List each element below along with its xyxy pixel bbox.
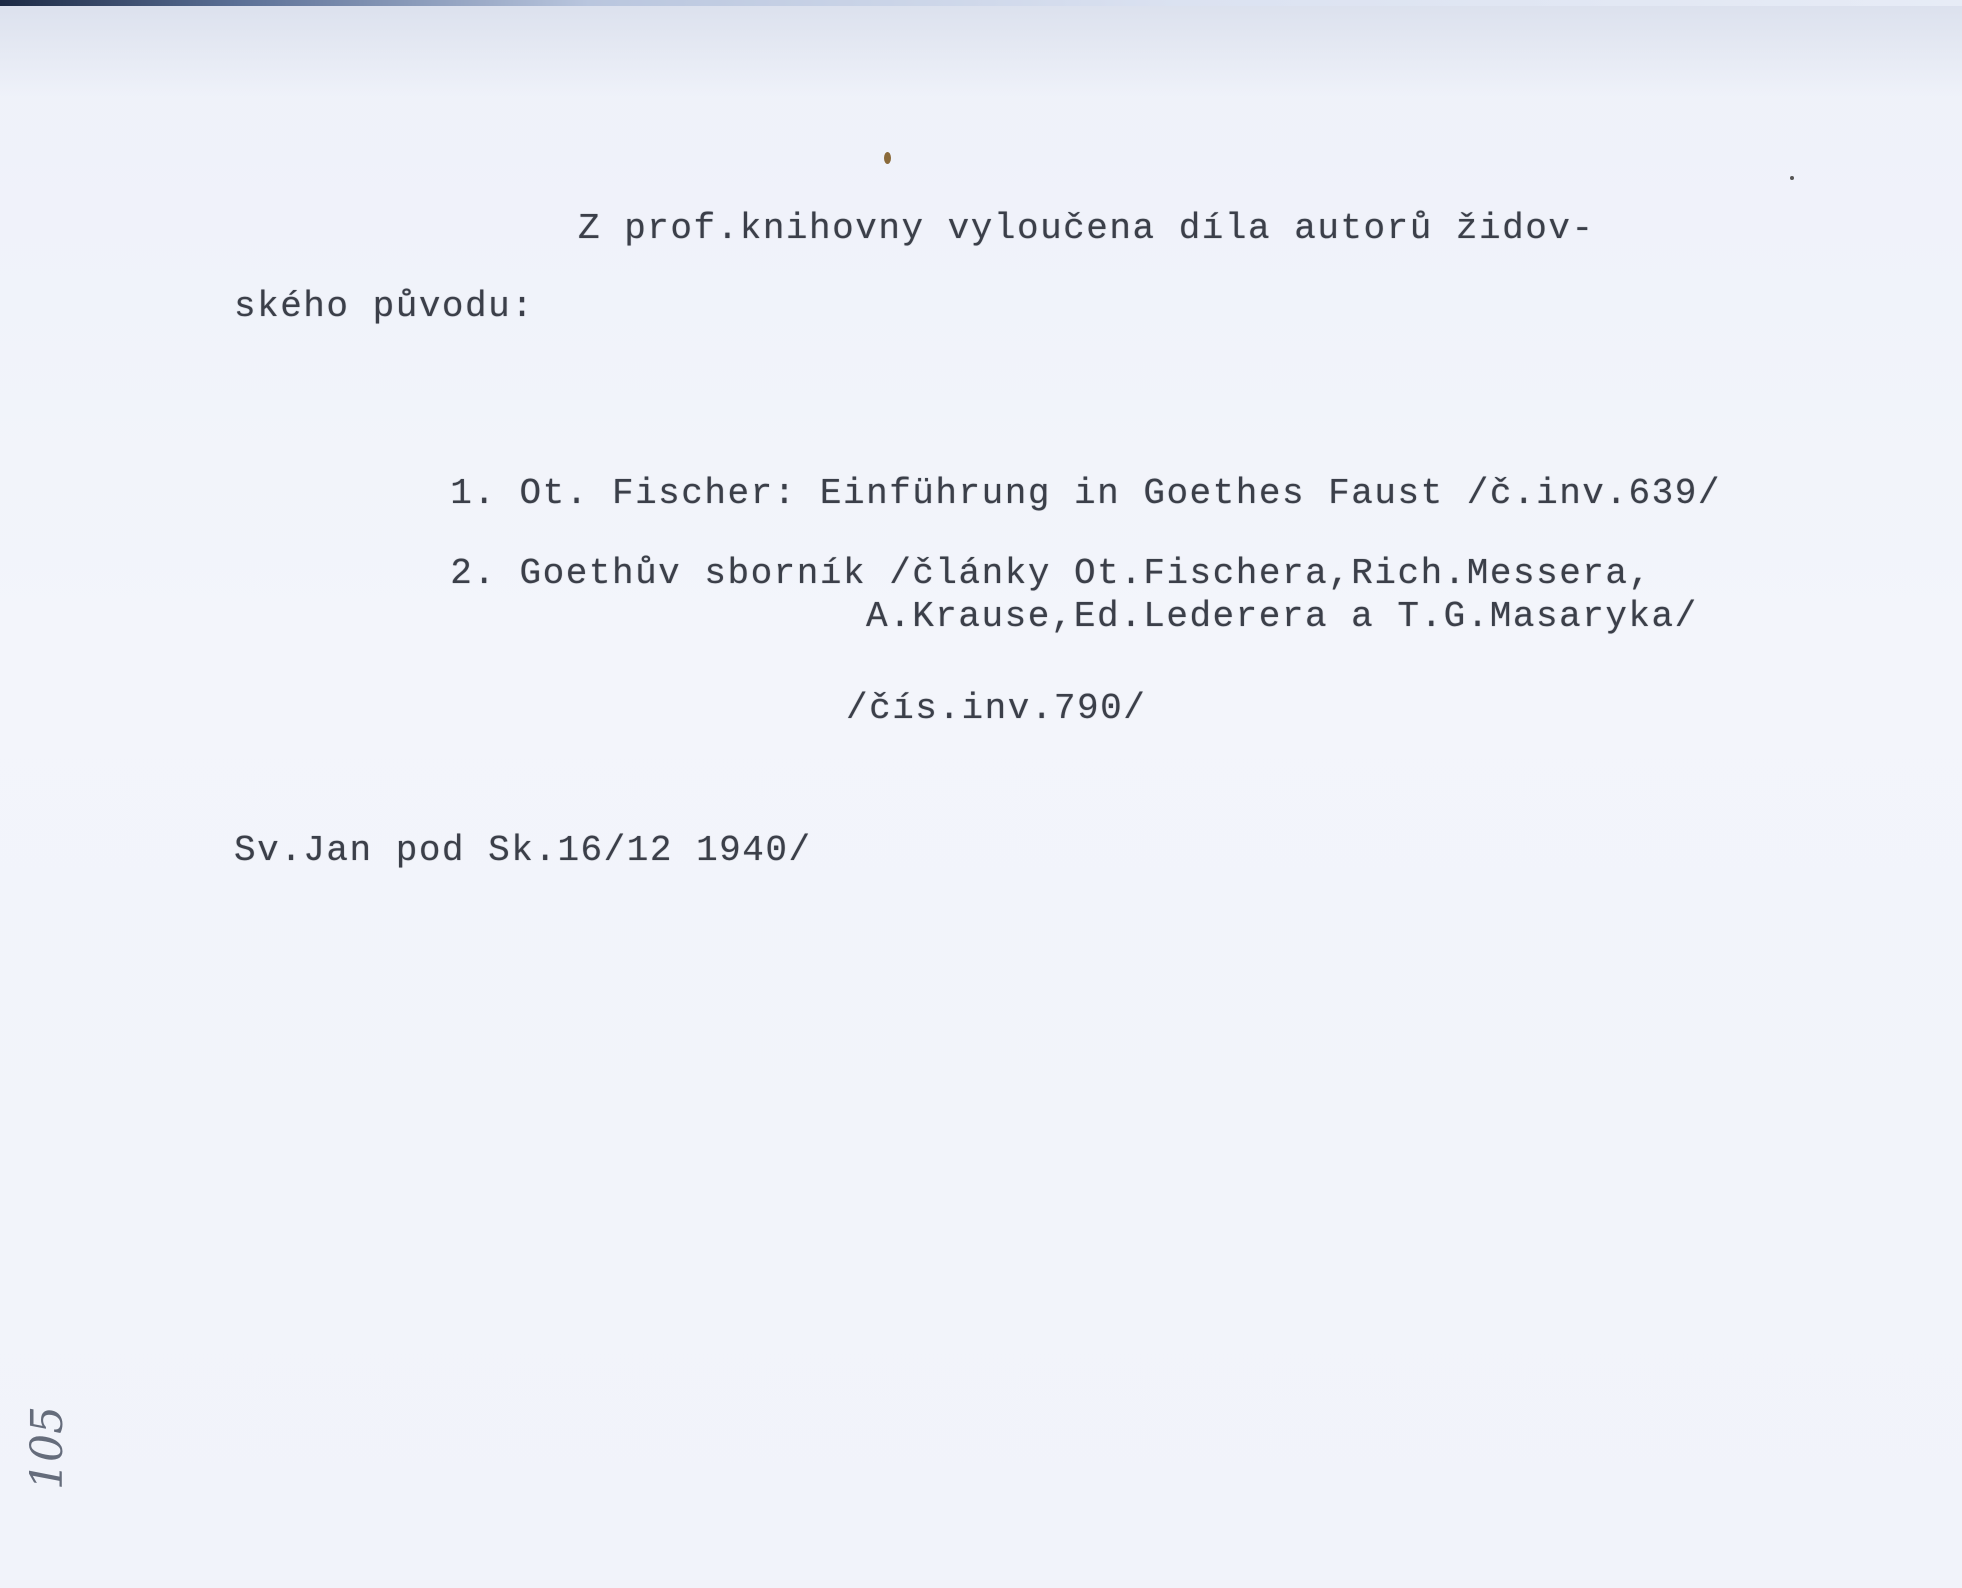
list-item-2: 2. Goethův sborník /články Ot.Fischera,R…: [404, 512, 1652, 594]
margin-note: 105: [22, 1406, 73, 1490]
item-text: Ot. Fischer: Einführung in Goethes Faust…: [520, 473, 1721, 514]
place-date: Sv.Jan pod Sk.16/12 1940/: [234, 830, 812, 871]
list-item-2-inventory: /čís.inv.790/: [846, 688, 1146, 729]
heading-line-1: Z prof.knihovny vyloučena díla autorů ži…: [578, 208, 1595, 249]
ink-spot: [884, 152, 891, 164]
list-item-1: 1. Ot. Fischer: Einführung in Goethes Fa…: [404, 432, 1721, 514]
item-text: Goethův sborník /články Ot.Fischera,Rich…: [520, 553, 1652, 594]
list-item-2-continuation: A.Krause,Ed.Lederera a T.G.Masaryka/: [866, 596, 1698, 637]
item-number: 1.: [450, 473, 496, 514]
scan-shadow: [0, 6, 1962, 96]
heading-line-2: ského původu:: [234, 286, 534, 327]
item-number: 2.: [450, 553, 496, 594]
ink-spot: [1790, 176, 1794, 180]
